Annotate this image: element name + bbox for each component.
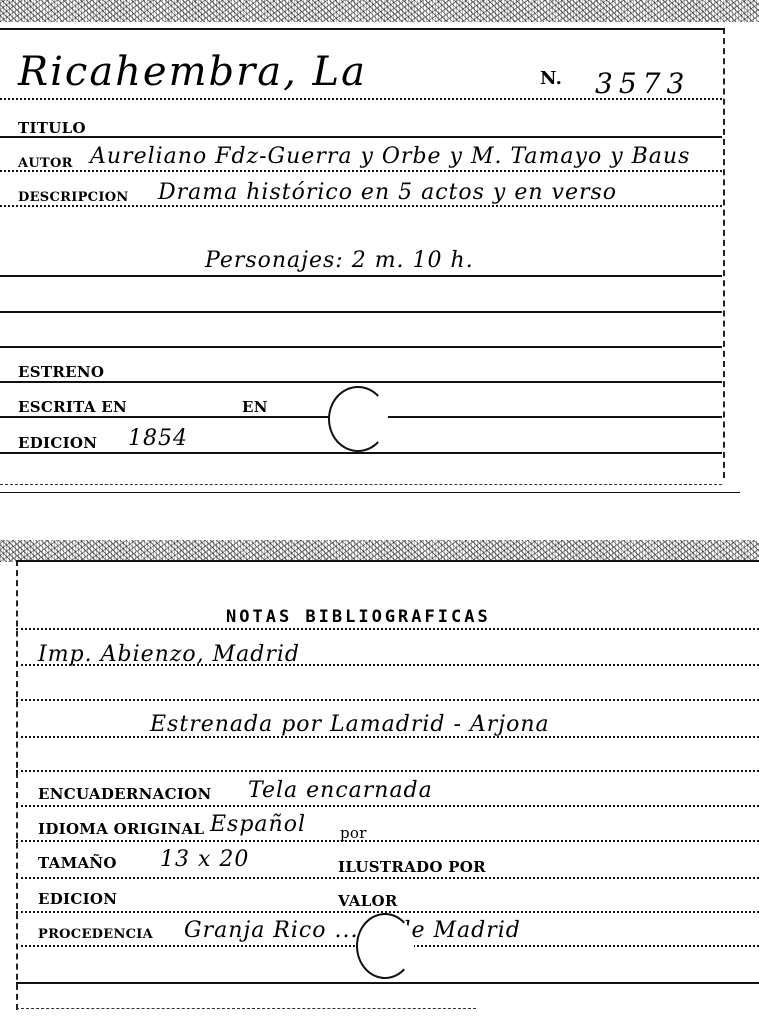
rule-line xyxy=(16,877,759,879)
tamano-value: 13 x 20 xyxy=(160,849,249,871)
card-border-bottom xyxy=(0,484,722,485)
encuadernacion-label: ENCUADERNACION xyxy=(38,787,212,802)
procedencia-value: Granja Rico ... ja de Madrid xyxy=(184,920,521,942)
rule-line xyxy=(0,346,722,348)
rule-line xyxy=(16,628,759,630)
rule-line xyxy=(16,664,759,666)
note-1: Imp. Abienzo, Madrid xyxy=(38,644,300,666)
personajes-value: Personajes: 2 m. 10 h. xyxy=(205,250,474,272)
notas-heading: NOTAS BIBLIOGRAFICAS xyxy=(226,607,491,627)
catalog-card-top: Ricahembra, La N. 3573 TITULO AUTOR Aure… xyxy=(0,0,759,500)
catalog-card-bottom: NOTAS BIBLIOGRAFICAS Imp. Abienzo, Madri… xyxy=(0,540,759,1028)
rule-line xyxy=(16,699,759,701)
rule-line xyxy=(0,275,722,277)
rule-line xyxy=(0,452,722,454)
rule-line xyxy=(0,136,722,138)
note-2: Estrenada por Lamadrid - Arjona xyxy=(150,714,550,736)
por-label: por xyxy=(340,826,367,841)
rule-line xyxy=(0,98,722,100)
title-handwritten: Ricahembra, La xyxy=(18,52,367,92)
procedencia-label: PROCEDENCIA xyxy=(38,928,153,941)
separator-line xyxy=(0,492,740,493)
en-label: EN xyxy=(242,400,268,415)
edicion-label: EDICION xyxy=(18,436,97,451)
card-border-top xyxy=(0,28,725,30)
rule-line xyxy=(16,736,759,738)
descripcion-value: Drama histórico en 5 actos y en verso xyxy=(158,182,617,204)
rule-line xyxy=(0,381,722,383)
tamano-label: TAMAÑO xyxy=(38,856,117,871)
edicion-value: 1854 xyxy=(128,428,188,450)
edicion-label-bottom: EDICION xyxy=(38,892,117,907)
card-number: 3573 xyxy=(595,70,690,98)
rule-line xyxy=(0,311,722,313)
idioma-value: Español xyxy=(210,814,306,836)
rule-line xyxy=(0,170,722,172)
encuadernacion-value: Tela encarnada xyxy=(248,780,433,802)
punch-hole xyxy=(328,386,388,452)
rule-line xyxy=(16,770,759,772)
autor-label: AUTOR xyxy=(18,157,73,170)
number-label: N. xyxy=(540,70,562,88)
card-border-right xyxy=(723,28,725,478)
rule-line xyxy=(16,840,759,842)
rule-line xyxy=(16,805,759,807)
valor-label: VALOR xyxy=(338,894,398,909)
card-border-bottom xyxy=(16,1008,476,1009)
ilustrado-label: ILUSTRADO POR xyxy=(338,860,486,875)
escrita-en-label: ESCRITA EN xyxy=(18,400,127,415)
estreno-label: ESTRENO xyxy=(18,365,104,380)
titulo-label: TITULO xyxy=(18,121,86,136)
punch-hole xyxy=(356,913,414,979)
card-border-top xyxy=(16,560,759,562)
idioma-label: IDIOMA ORIGINAL xyxy=(38,822,204,837)
rule-line xyxy=(0,205,722,207)
rule-line xyxy=(16,982,759,984)
autor-value: Aureliano Fdz-Guerra y Orbe y M. Tamayo … xyxy=(90,146,690,168)
descripcion-label: DESCRIPCION xyxy=(18,191,129,204)
